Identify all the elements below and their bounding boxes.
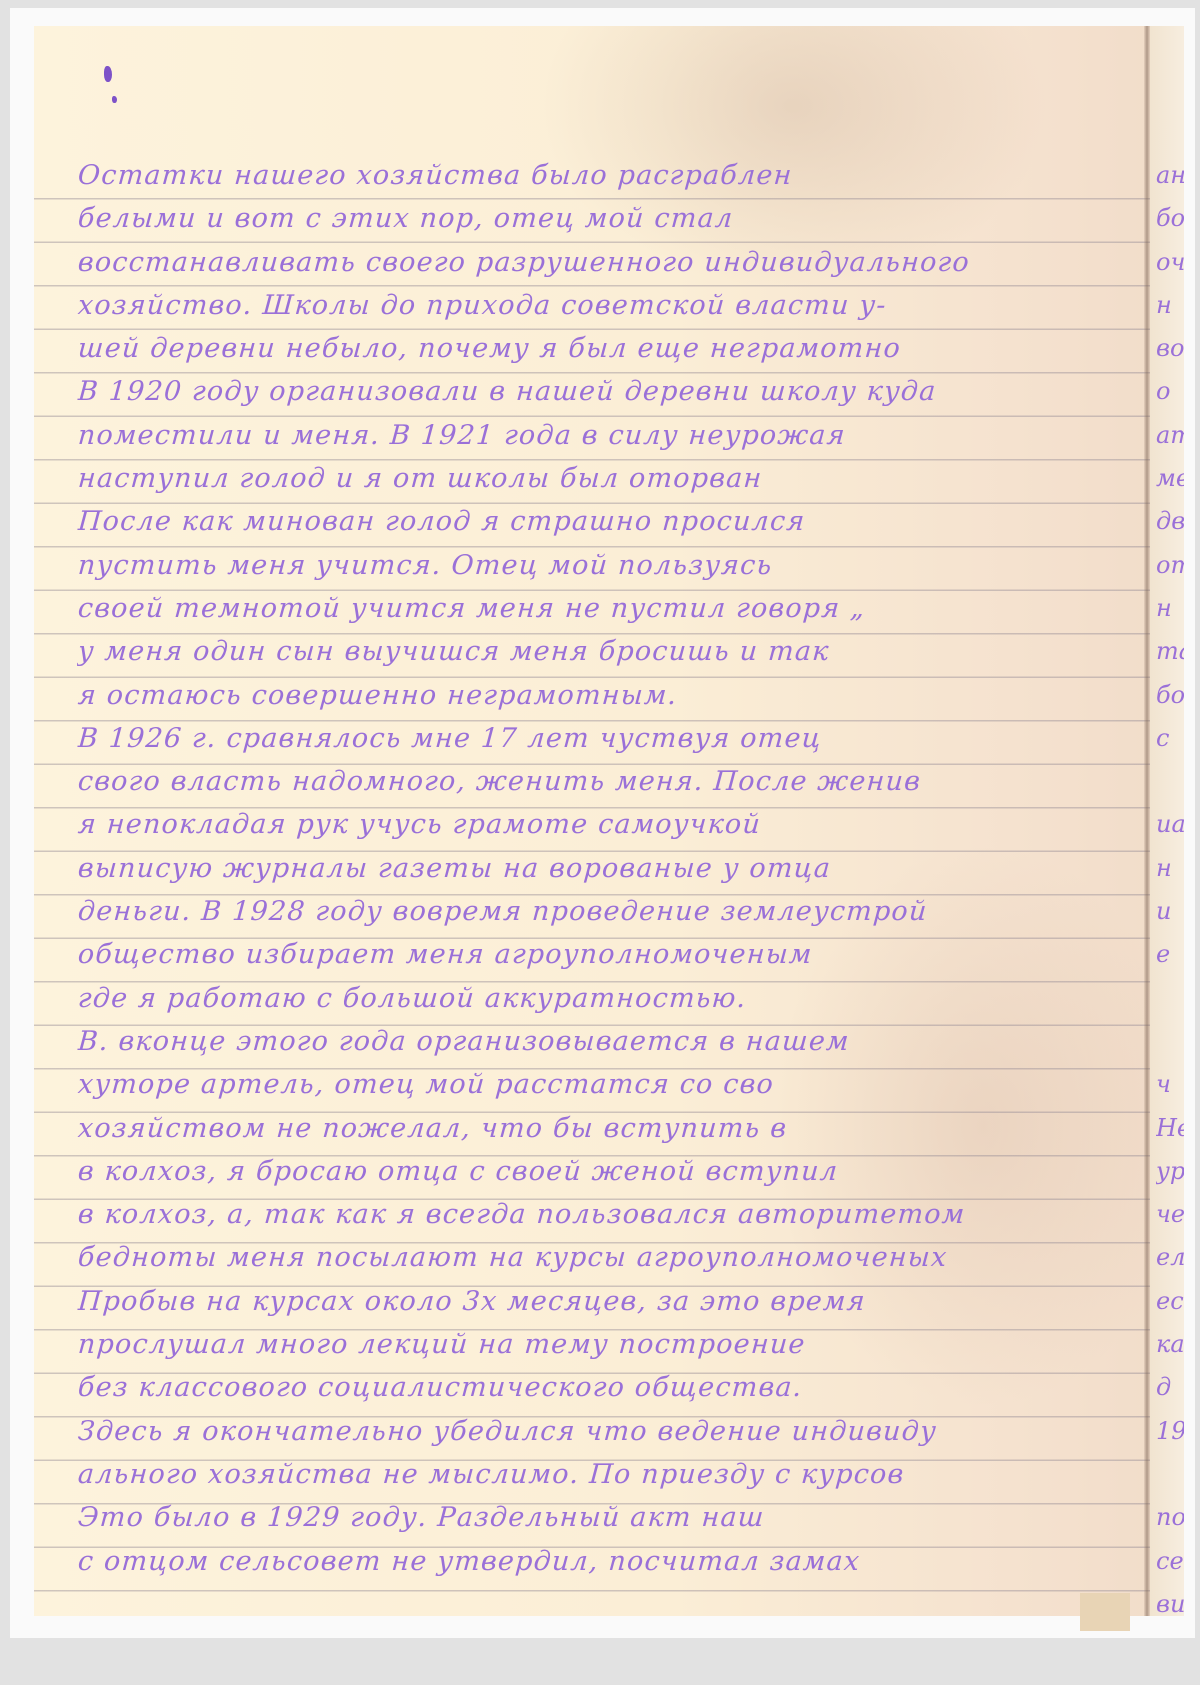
margin-fragment: д	[1156, 1366, 1184, 1409]
margin-fragment: с	[1156, 717, 1184, 760]
text-line: у меня один сын выучишся меня бросишь и …	[76, 630, 1147, 673]
text-line: В 1920 году организовали в нашей деревни…	[76, 370, 1147, 413]
margin-fragment: по-	[1156, 1496, 1184, 1539]
handwritten-text-body: Остатки нашего хозяйства было расграблен…	[78, 154, 1146, 1583]
text-line: В 1926 г. сравнялось мне 17 лет чуствуя …	[76, 717, 1147, 760]
margin-fragment: и	[1156, 890, 1184, 933]
margin-fragment: 193	[1156, 1410, 1184, 1453]
text-line: деньги. В 1928 году вовремя проведение з…	[76, 890, 1147, 933]
text-line: выписую журналы газеты на ворованые у от…	[76, 847, 1147, 890]
text-line: Это было в 1929 году. Раздельный акт наш	[76, 1496, 1147, 1539]
margin-fragment	[1156, 1453, 1184, 1496]
margin-fragment: ч	[1156, 1063, 1184, 1106]
text-line: хозяйством не пожелал, что бы вступить в	[76, 1107, 1147, 1150]
text-line: поместили и меня. В 1921 года в силу неу…	[76, 414, 1147, 457]
ink-blot	[112, 96, 117, 103]
margin-fragment: оче	[1156, 241, 1184, 284]
margin-fragment: ме	[1156, 457, 1184, 500]
text-line: общество избирает меня агроуполномоченым	[76, 933, 1147, 976]
text-line: шей деревни небыло, почему я был еще нег…	[76, 327, 1147, 370]
text-line: После как минован голод я страшно просил…	[76, 500, 1147, 543]
text-line: белыми и вот с этих пор, отец мой стал	[76, 197, 1147, 240]
text-line: с отцом сельсовет не утвердил, посчитал …	[76, 1540, 1147, 1583]
margin-fragment: н	[1156, 847, 1184, 890]
text-line: пустить меня учится. Отец мой пользуясь	[76, 544, 1147, 587]
margin-fragment: ка	[1156, 1323, 1184, 1366]
margin-fragment: бос	[1156, 674, 1184, 717]
text-line: где я работаю с большой аккуратностью.	[76, 977, 1147, 1020]
margin-fragment: ви	[1156, 1583, 1184, 1616]
text-line: В. вконце этого года организовывается в …	[76, 1020, 1147, 1063]
page-binding-tab	[1080, 1593, 1130, 1631]
margin-fragment: от	[1156, 544, 1184, 587]
text-line: в колхоз, я бросаю отца с своей женой вс…	[76, 1150, 1147, 1193]
margin-fragment: уро	[1156, 1150, 1184, 1193]
text-line: своей темнотой учится меня не пустил гов…	[76, 587, 1147, 630]
margin-fragment: ес	[1156, 1280, 1184, 1323]
text-line: Остатки нашего хозяйства было расграблен	[76, 154, 1147, 197]
text-line: хуторе артель, отец мой расстатся со сво	[76, 1063, 1147, 1106]
margin-fragment: е	[1156, 933, 1184, 976]
text-line: Здесь я окончательно убедился что ведени…	[76, 1410, 1147, 1453]
margin-fragment	[1156, 760, 1184, 803]
margin-fragment: ать	[1156, 414, 1184, 457]
margin-fragment: о	[1156, 370, 1184, 413]
text-line: прослушал много лекций на тему построени…	[76, 1323, 1147, 1366]
margin-fragment: Не	[1156, 1107, 1184, 1150]
margin-fragment: н	[1156, 587, 1184, 630]
margin-fragment: ел	[1156, 1236, 1184, 1279]
text-line: в колхоз, а, так как я всегда пользовалс…	[76, 1193, 1147, 1236]
text-line: бедноты меня посылают на курсы агроуполн…	[76, 1236, 1147, 1279]
ink-blot	[104, 66, 112, 82]
margin-fragment: н	[1156, 284, 1184, 327]
text-line: наступил голод и я от школы был оторван	[76, 457, 1147, 500]
text-line: я непокладая рук учусь грамоте самоучкой	[76, 803, 1147, 846]
margin-fragment: ан	[1156, 154, 1184, 197]
margin-fragment: сел	[1156, 1540, 1184, 1583]
letter-page: Остатки нашего хозяйства было расграблен…	[34, 26, 1184, 1616]
text-line: ального хозяйства не мыслимо. По приезду…	[76, 1453, 1147, 1496]
margin-fragment	[1156, 1020, 1184, 1063]
text-line: Пробыв на курсах около 3х месяцев, за эт…	[76, 1280, 1147, 1323]
text-line: я остаюсь совершенно неграмотным.	[76, 674, 1147, 717]
text-line: свого власть надомного, женить меня. Пос…	[76, 760, 1147, 803]
text-line: восстанавливать своего разрушенного инди…	[76, 241, 1147, 284]
scan-frame: Остатки нашего хозяйства было расграблен…	[10, 8, 1195, 1638]
margin-fragment: во	[1156, 327, 1184, 370]
margin-fragment	[1156, 977, 1184, 1020]
margin-fragment: че	[1156, 1193, 1184, 1236]
margin-fragment: тан-	[1156, 630, 1184, 673]
text-line: без классового социалистического обществ…	[76, 1366, 1147, 1409]
margin-fragments: анбооченвооатьмедвоотнтан-боссиасниечНеу…	[1156, 154, 1184, 1616]
margin-fragment: иас	[1156, 803, 1184, 846]
text-line: хозяйство. Школы до прихода советской вл…	[76, 284, 1147, 327]
margin-fragment: дво	[1156, 500, 1184, 543]
margin-fragment: бо	[1156, 197, 1184, 240]
